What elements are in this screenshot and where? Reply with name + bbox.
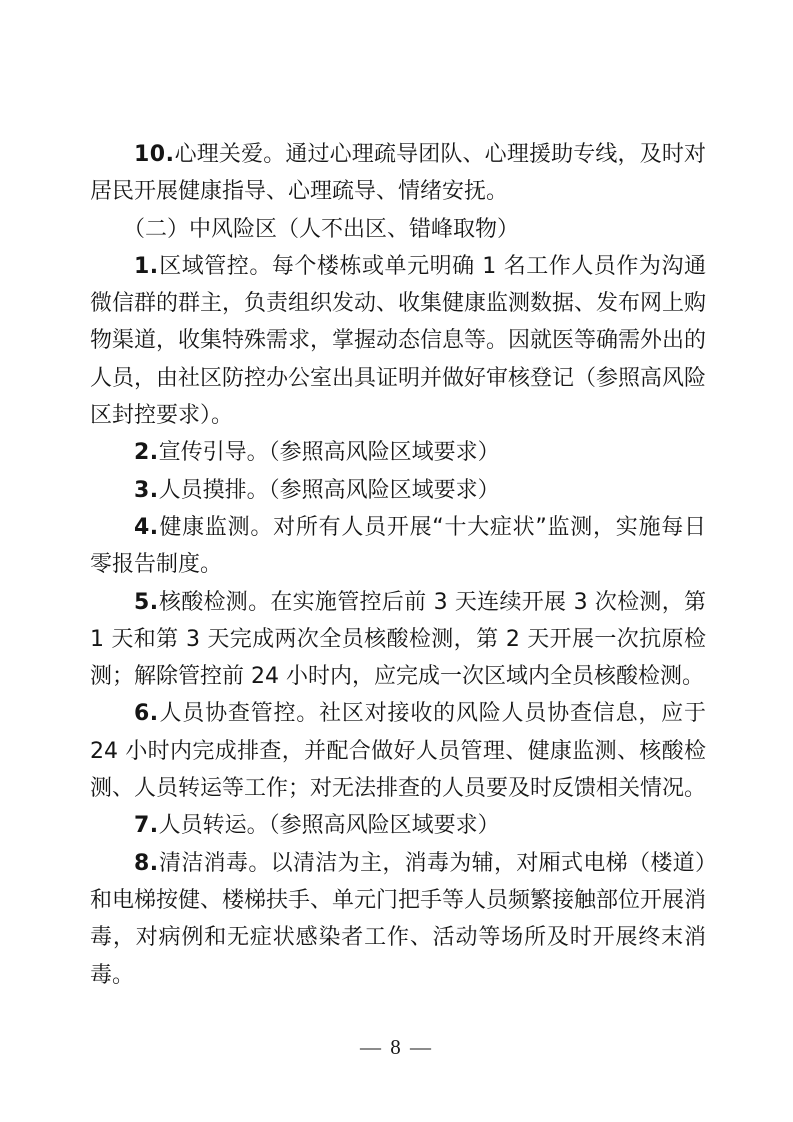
item-number: 4. bbox=[134, 515, 159, 540]
section-heading: （二）中风险区（人不出区、错峰取物） bbox=[90, 211, 706, 248]
paragraph-item-8: 8.清洁消毒。以清洁为主，消毒为辅，对厢式电梯（楼道）和电梯按健、楼梯扶手、单元… bbox=[90, 845, 706, 994]
paragraph-text: 人员摸排。（参照高风险区域要求） bbox=[159, 478, 500, 503]
item-number: 10. bbox=[134, 142, 174, 167]
paragraph-text: 清洁消毒。以清洁为主，消毒为辅，对厢式电梯（楼道）和电梯按健、楼梯扶手、单元门把… bbox=[90, 851, 706, 988]
paragraph-text: 宣传引导。（参照高风险区域要求） bbox=[159, 440, 500, 465]
page-number: — 8 — bbox=[360, 1035, 433, 1059]
paragraph-item-1: 1.区域管控。每个楼栋或单元明确 1 名工作人员作为沟通微信群的群主，负责组织发… bbox=[90, 248, 706, 434]
item-number: 3. bbox=[134, 478, 159, 503]
paragraph-item-3: 3.人员摸排。（参照高风险区域要求） bbox=[90, 472, 706, 509]
item-number: 8. bbox=[134, 851, 159, 876]
paragraph-item-5: 5.核酸检测。在实施管控后前 3 天连续开展 3 次检测，第 1 天和第 3 天… bbox=[90, 584, 706, 696]
paragraph-text: 健康监测。对所有人员开展“十大症状”监测，实施每日零报告制度。 bbox=[90, 515, 706, 577]
paragraph-item-2: 2.宣传引导。（参照高风险区域要求） bbox=[90, 434, 706, 471]
paragraph-item-10: 10.心理关爱。通过心理疏导团队、心理援助专线，及时对居民开展健康指导、心理疏导… bbox=[90, 136, 706, 211]
section-heading-text: （二）中风险区（人不出区、错峰取物） bbox=[123, 217, 519, 242]
document-content: 10.心理关爱。通过心理疏导团队、心理援助专线，及时对居民开展健康指导、心理疏导… bbox=[90, 136, 706, 994]
item-number: 2. bbox=[134, 440, 159, 465]
paragraph-item-4: 4.健康监测。对所有人员开展“十大症状”监测，实施每日零报告制度。 bbox=[90, 509, 706, 584]
paragraph-item-7: 7.人员转运。（参照高风险区域要求） bbox=[90, 807, 706, 844]
item-number: 5. bbox=[134, 590, 159, 615]
paragraph-text: 人员协查管控。社区对接收的风险人员协查信息，应于 24 小时内完成排查，并配合做… bbox=[90, 701, 706, 801]
item-number: 1. bbox=[134, 254, 159, 279]
item-number: 7. bbox=[134, 813, 159, 838]
item-number: 6. bbox=[134, 701, 159, 726]
document-page: 10.心理关爱。通过心理疏导团队、心理援助专线，及时对居民开展健康指导、心理疏导… bbox=[0, 0, 793, 1122]
paragraph-item-6: 6.人员协查管控。社区对接收的风险人员协查信息，应于 24 小时内完成排查，并配… bbox=[90, 695, 706, 807]
paragraph-text: 区域管控。每个楼栋或单元明确 1 名工作人员作为沟通微信群的群主，负责组织发动、… bbox=[90, 254, 706, 428]
page-footer: — 8 — bbox=[0, 1035, 793, 1060]
paragraph-text: 人员转运。（参照高风险区域要求） bbox=[159, 813, 500, 838]
paragraph-text: 核酸检测。在实施管控后前 3 天连续开展 3 次检测，第 1 天和第 3 天完成… bbox=[90, 590, 706, 690]
paragraph-text: 心理关爱。通过心理疏导团队、心理援助专线，及时对居民开展健康指导、心理疏导、情绪… bbox=[90, 142, 706, 204]
